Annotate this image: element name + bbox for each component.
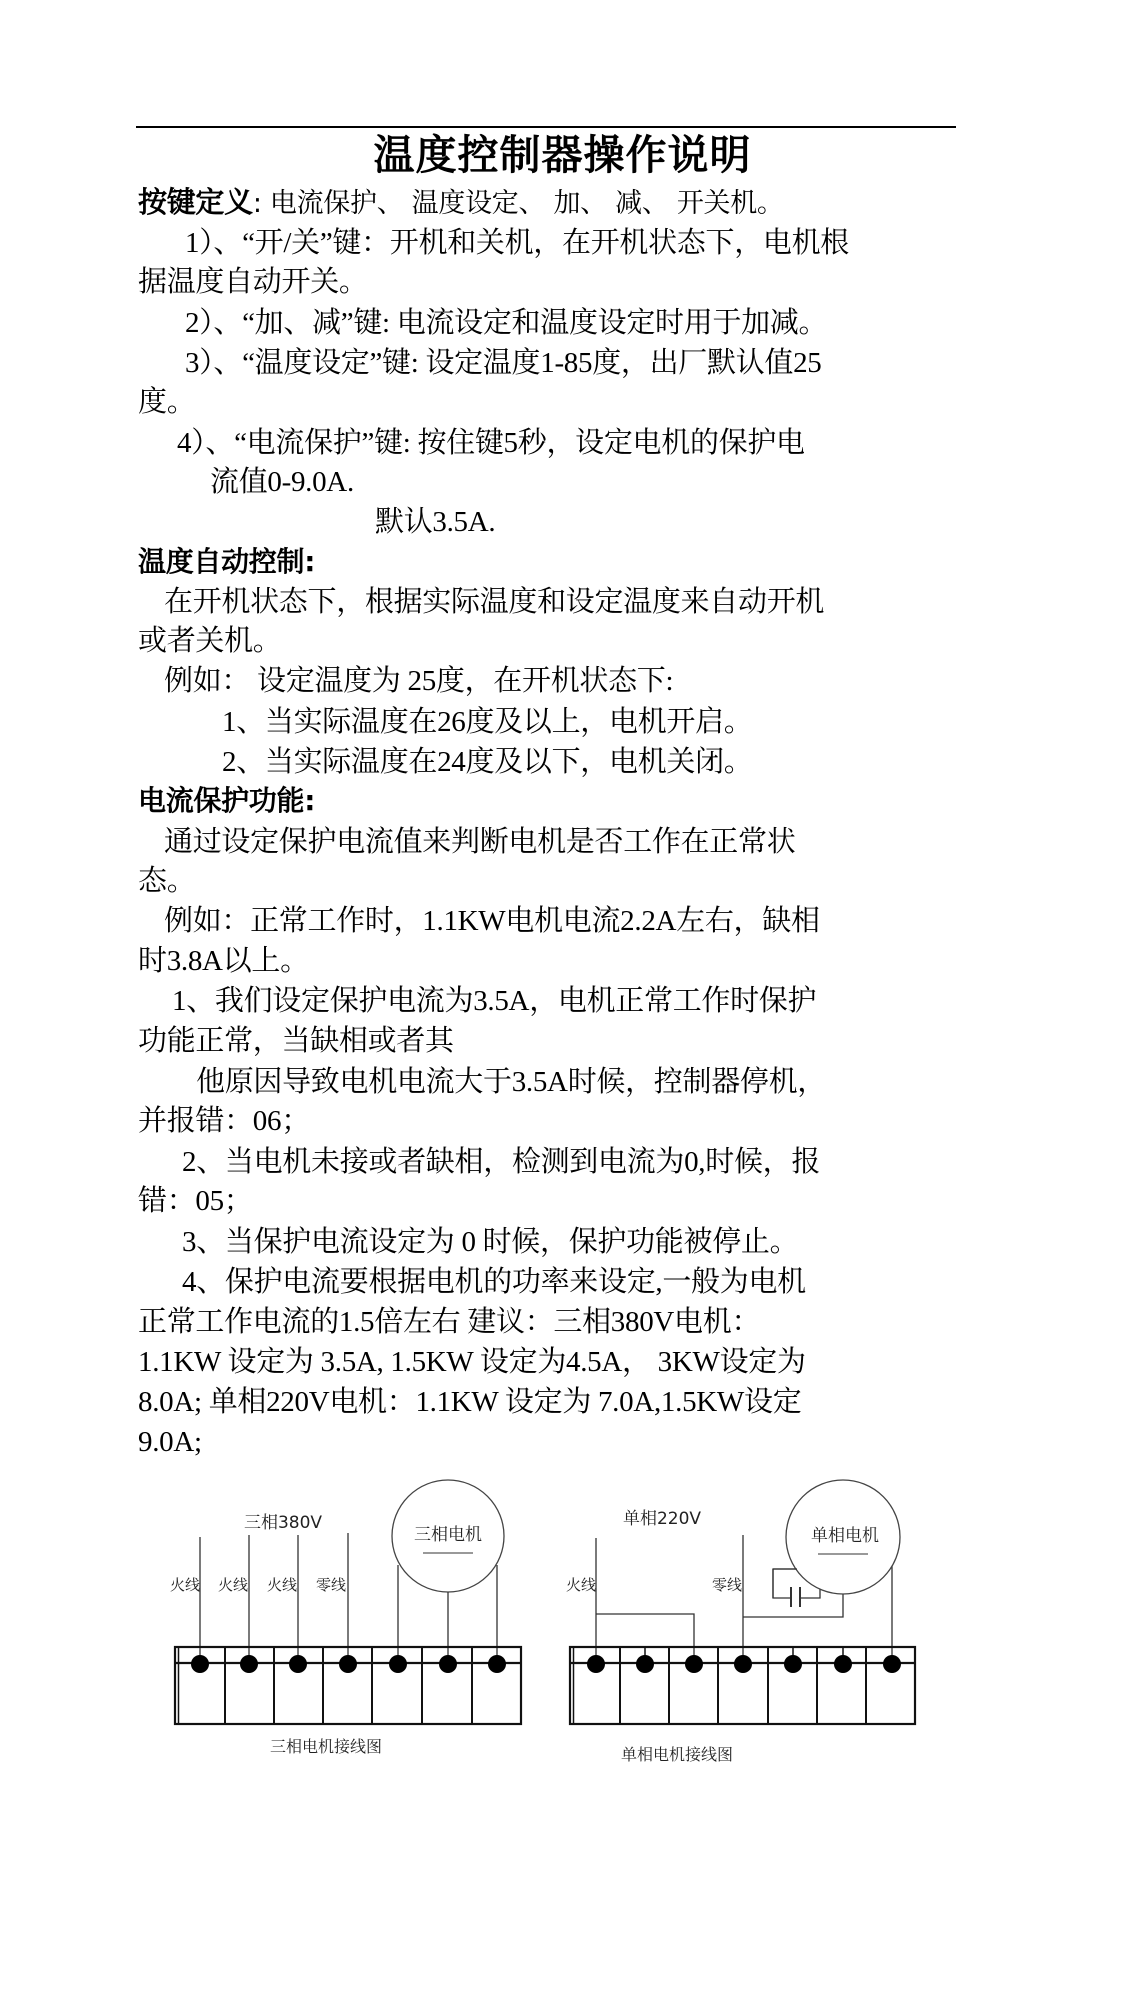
three-phase-diagram: 三相380V 火线 火线 火线 零线 三相电机	[170, 1480, 521, 1756]
three-phase-motor-label: 三相电机	[414, 1525, 482, 1545]
capacitor-icon	[773, 1569, 797, 1598]
wire-label-neutral: 零线	[712, 1576, 742, 1594]
wire-label-live-2: 火线	[218, 1576, 248, 1594]
wire-label-live: 火线	[566, 1576, 596, 1594]
wire-label-neutral: 零线	[316, 1576, 346, 1594]
single-phase-motor-label: 单相电机	[811, 1526, 879, 1546]
single-phase-caption: 单相电机接线图	[621, 1745, 733, 1764]
three-phase-caption: 三相电机接线图	[270, 1737, 382, 1756]
single-phase-terminal-block	[570, 1647, 915, 1724]
three-phase-terminal-block	[175, 1647, 521, 1724]
three-phase-supply-label: 三相380V	[244, 1513, 322, 1533]
wiring-diagrams: 三相380V 火线 火线 火线 零线 三相电机	[0, 0, 1125, 2001]
single-phase-supply-label: 单相220V	[623, 1509, 701, 1529]
single-phase-diagram: 单相220V 火线 零线 单相电机	[566, 1480, 915, 1764]
wire-label-live-1: 火线	[170, 1576, 200, 1594]
wire-label-live-3: 火线	[267, 1576, 297, 1594]
